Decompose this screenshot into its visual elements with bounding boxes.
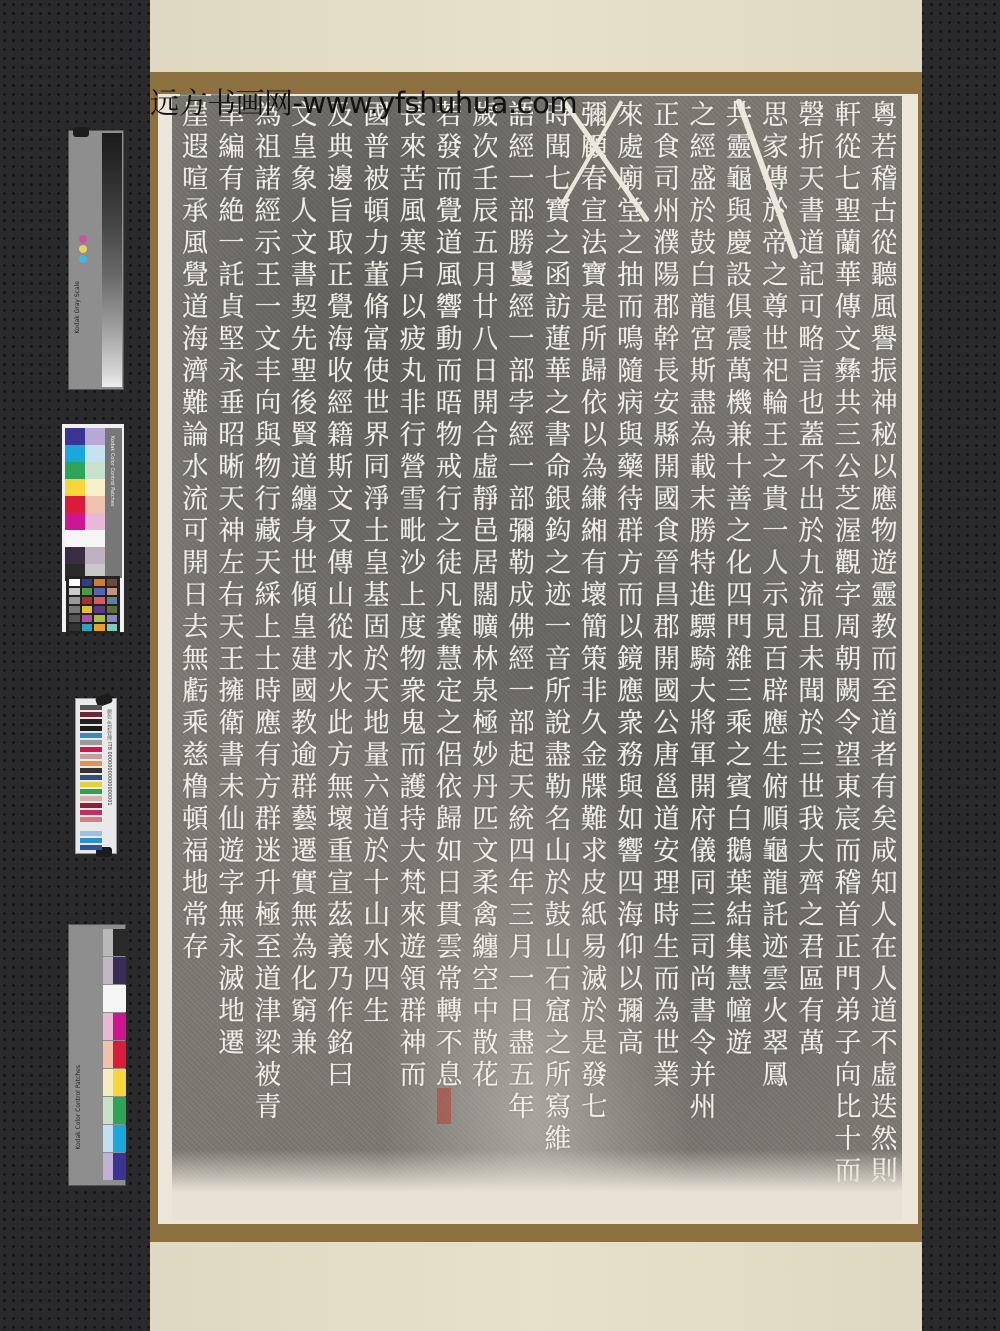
color-stripe — [80, 747, 102, 752]
checker-patch — [82, 606, 93, 613]
checker-patch — [107, 597, 118, 604]
color-stripe — [80, 712, 102, 717]
text-column: 若發而覺道風響動而晤物戒行之徒凡糞慧定之侶依歸如日貫雲常轉不息 — [432, 96, 461, 1200]
checker-patch — [107, 624, 118, 631]
grey-gradient — [102, 133, 122, 387]
text-column: 之經盛於鼓白龍宮斯盡為載末勝特進驃騎大將軍開府儀同三司尚書令并州 — [686, 96, 715, 1200]
text-column: 正食司州濮陽郡幹長安縣開國食晉昌郡開國公唐邕道安理時生而為世業 — [649, 96, 678, 1200]
checker-patch — [82, 588, 93, 595]
color-stripe — [80, 733, 102, 738]
color-stripe — [80, 803, 102, 808]
color-patch — [85, 445, 105, 462]
text-column: 思家傳於帝之尊世祀輪王之貴一人示見百辟應生俯順龜龍託迹雲火翠鳳 — [758, 96, 787, 1200]
checker-patch — [69, 606, 80, 613]
color-stripe — [80, 838, 102, 843]
checker-patch — [107, 606, 118, 613]
color-stripe — [80, 726, 102, 731]
magenta-dot-icon — [79, 235, 87, 243]
checker-patch — [82, 579, 93, 586]
checker-patch — [82, 597, 93, 604]
text-column: 時聞七寶之函訪蓮華之書命銀鈎之迹一音所說盡勒名山於鼓山石窟之所寫維 — [541, 96, 570, 1200]
text-column: 為祖諸經示王一文丰向與物行藏天綵上士時應有方群迷升極至道津梁被青 — [251, 96, 280, 1200]
checker-patch — [107, 588, 118, 595]
color-patch — [65, 496, 85, 513]
color-patch — [113, 957, 126, 984]
color-stripe — [80, 845, 102, 850]
color-ruler-card: 颜色 色彩管理 IT8 00000000000000001 — [75, 698, 117, 854]
text-column: 崖遐喧承風覺道海濟難論水流可開日去無虧乘慈橹頓福地常存 — [178, 96, 207, 1200]
text-column: 磬折天書道記可略言也蓋不出於九流且未聞於三世我大齊之君區有萬 — [794, 96, 823, 1200]
checker-patch — [82, 624, 93, 631]
color-stripe — [80, 740, 102, 745]
color-patch — [113, 985, 126, 1012]
color-patch — [85, 496, 105, 513]
checker-patch — [69, 624, 80, 631]
ruler-label: 颜色 色彩管理 IT8 00000000000000001 — [106, 709, 113, 806]
color-patch — [85, 462, 105, 479]
stele-rubbing: 粵若稽古從聽風譽振神秘以應物遊靈教而至道者有矣咸知人在人道不虛迭然則軒從七聖蘭華… — [172, 96, 902, 1206]
color-stripe — [80, 810, 102, 815]
color-stripe — [80, 768, 102, 773]
text-column: 彌顧春宣法寶是所歸依以為縑緗有壞簡策非久金牒難求皮紙易滅於是發七 — [577, 96, 606, 1200]
grey-scale-card-bottom: Kodak Color Control Patches — [68, 924, 126, 1186]
text-column: 粵若稽古從聽風譽振神秘以應物遊靈教而至道者有矣咸知人在人道不虛迭然則 — [867, 96, 896, 1200]
color-patch — [65, 479, 85, 496]
text-column: 聿編有絶一託貞堅永垂昭晰天神左右天王擁衛書未仙遊字無永滅地遷 — [214, 96, 243, 1200]
color-stripe — [80, 782, 102, 787]
color-patch — [85, 513, 105, 530]
checker-patch — [82, 615, 93, 622]
text-column: 國普被頓力董脩富使世界同淨土皇基固於天地量六道於十山水四生 — [359, 96, 388, 1200]
text-column: 文皇象人文書契先聖後賢道纏身世傾皇建國教逾群藝遷實無為化窮兼 — [287, 96, 316, 1200]
color-stripe — [80, 817, 102, 822]
color-patch — [65, 530, 85, 547]
label-strip: Kodak Color Control Patches — [105, 428, 122, 578]
color-stripe — [80, 754, 102, 759]
kodak-label: Kodak Color Control Patches — [75, 1065, 82, 1150]
cyan-dot-icon — [79, 255, 87, 263]
color-patch — [113, 1153, 126, 1180]
color-patch — [85, 479, 105, 496]
kodak-label: Kodak Gray Scale — [74, 281, 81, 334]
color-patch — [113, 1041, 126, 1068]
color-stripe — [80, 719, 102, 724]
color-patch — [85, 428, 105, 445]
checker-patch — [94, 588, 105, 595]
color-patch — [65, 428, 85, 445]
color-patch — [113, 1069, 126, 1096]
color-stripe — [80, 775, 102, 780]
color-stripe — [80, 705, 102, 710]
checker-patch — [94, 624, 105, 631]
color-patch — [65, 547, 85, 564]
checker-patch — [94, 579, 105, 586]
color-patch — [113, 1125, 126, 1152]
checker-patch — [69, 615, 80, 622]
clip — [73, 127, 89, 137]
yellow-dot-icon — [79, 245, 87, 253]
color-patch — [113, 929, 126, 956]
text-column: 語經一部勝鬘經一部孛經一部彌勒成佛經一部起天統四年三月一日盡五年 — [504, 96, 533, 1200]
checker-patch — [69, 597, 80, 604]
text-column: 及典邊旨取正覺海收經籍斯文又傳山從水火此方無壞重宣茲義乃作銘曰 — [323, 96, 352, 1200]
color-checker-grid — [66, 576, 120, 634]
color-patch — [85, 530, 105, 547]
checker-patch — [94, 615, 105, 622]
text-column: 軒從七聖蘭華傳文彝共三公芝渥觀字周朝闕令望東宸而稽首正門弟子向比十而 — [831, 96, 860, 1200]
color-stripe — [80, 831, 102, 836]
checker-patch — [107, 615, 118, 622]
watermark: 远方书画网-www.yfshuhua.com — [150, 86, 577, 120]
color-stripe — [80, 796, 102, 801]
color-stripe — [80, 789, 102, 794]
color-patch — [113, 1097, 126, 1124]
color-patch — [65, 513, 85, 530]
checker-patch — [94, 597, 105, 604]
grey-scale-card-top: Kodak Gray Scale — [68, 130, 124, 390]
text-column: 歲次壬辰五月廿八日開合虛靜邑居闊曠林泉極妙丹匹文柔禽纏空中散花 — [468, 96, 497, 1200]
color-patch — [85, 547, 105, 564]
rubbing-damage — [172, 1150, 902, 1220]
checker-patch — [94, 606, 105, 613]
text-column: 共靈龜與慶設俱震萬機兼十善之化四門雜三乘之賓白鵝葉結集慧幢遊 — [722, 96, 751, 1200]
text-column: 來處廟堂之抽而鳴隨病與藥待群方而以鏡應衆務與如響四海仰以彌高 — [613, 96, 642, 1200]
color-stripe — [80, 824, 102, 829]
color-patch — [65, 445, 85, 462]
checker-patch — [69, 588, 80, 595]
color-patch — [113, 1013, 126, 1040]
text-column: 長來苦風寒戶以疲丸非行營雪毗沙上度物衆鬼而護持大梵來遊領群神而 — [396, 96, 425, 1200]
color-patch — [65, 462, 85, 479]
checker-patch — [107, 579, 118, 586]
color-card-label: Kodak Color Control Patches — [109, 436, 115, 507]
red-seal — [437, 1088, 451, 1124]
color-stripe — [80, 761, 102, 766]
checker-patch — [69, 579, 80, 586]
